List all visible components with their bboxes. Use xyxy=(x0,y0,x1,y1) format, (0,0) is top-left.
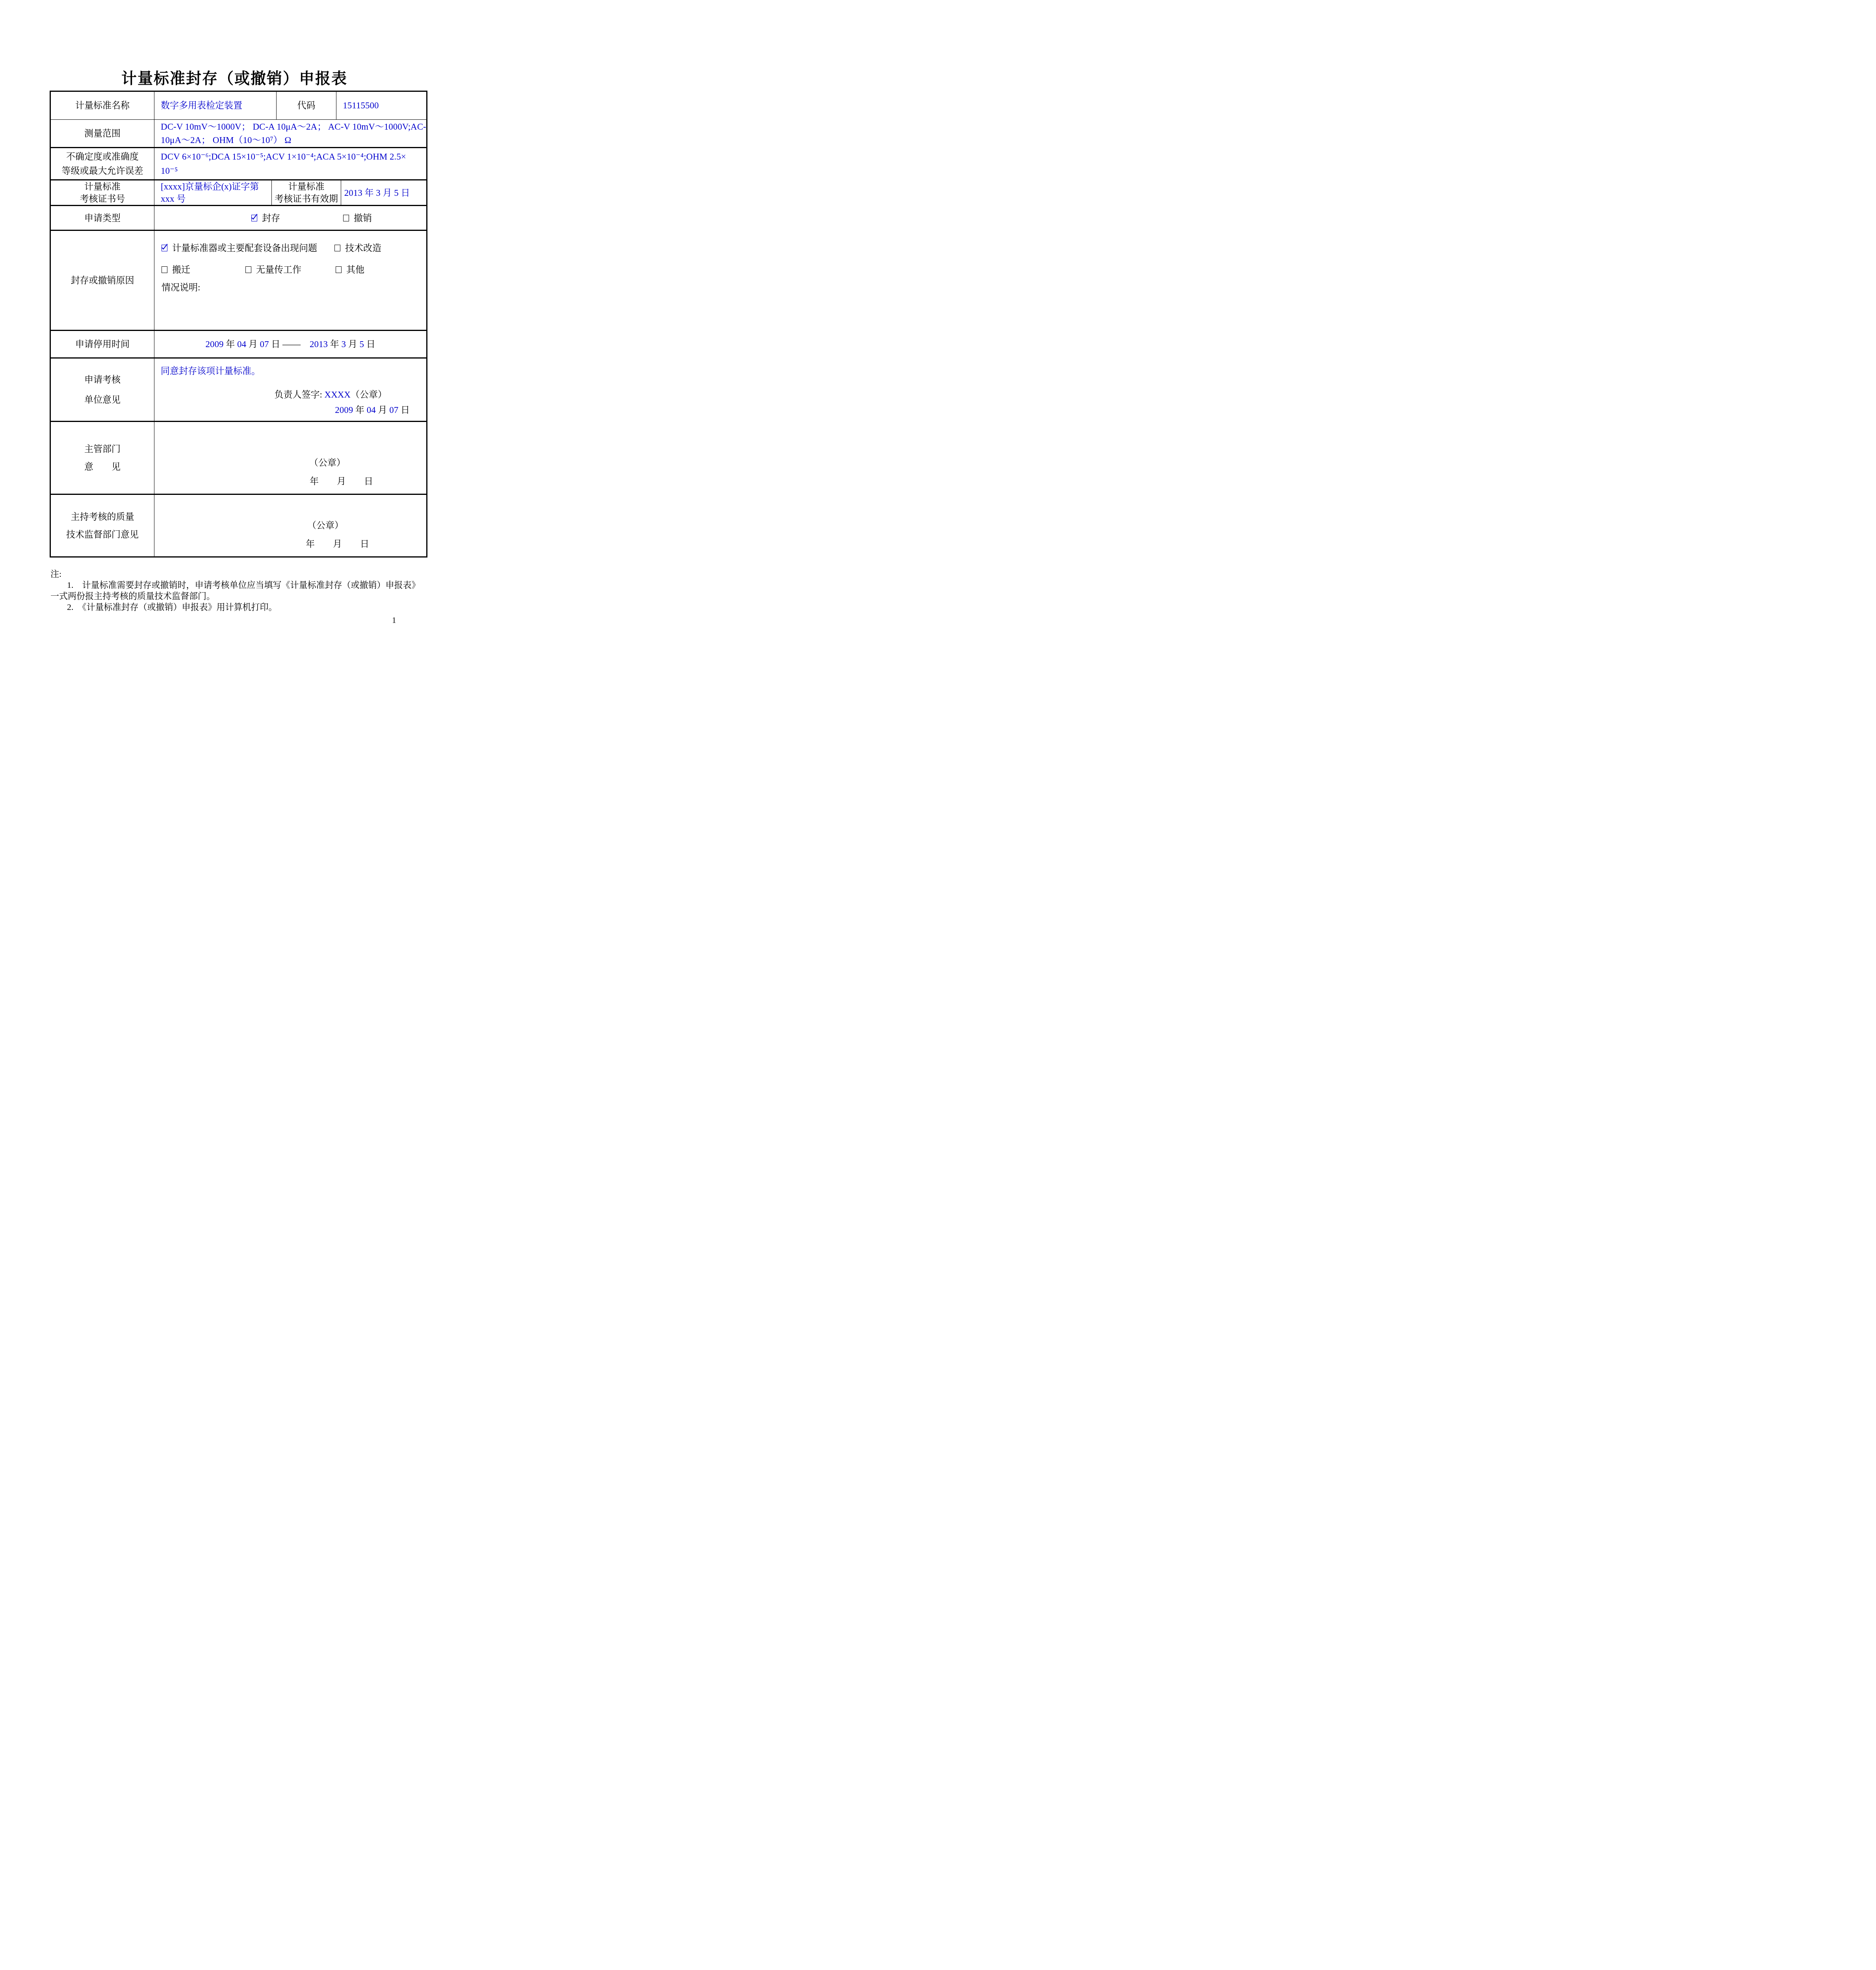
row-department-opinion: 主管部门 意 见 （公章） 年 月 日 xyxy=(51,421,426,494)
measuring-range-value: DC-V 10mV～1000V； DC-A 10μA～2A； AC-V 10mV… xyxy=(154,120,426,147)
seal-checkbox[interactable] xyxy=(251,215,257,221)
situation-note-label: 情况说明: xyxy=(162,281,200,294)
applicant-opinion-content: 同意封存该项计量标准。 负责人签字: XXXX（公章） 2009 年 04 月 … xyxy=(154,359,426,421)
certificate-number-label: 计量标准 考核证书号 xyxy=(51,180,154,205)
applicant-opinion-comment: 同意封存该项计量标准。 xyxy=(161,365,260,377)
row-supervision-opinion: 主持考核的质量 技术监督部门意见 （公章） 年 月 日 xyxy=(51,494,426,556)
row-measuring-range: 测量范围 DC-V 10mV～1000V； DC-A 10μA～2A； AC-V… xyxy=(51,119,426,147)
department-opinion-label: 主管部门 意 见 xyxy=(51,422,154,494)
responsible-signature-line: 负责人签字: XXXX（公章） xyxy=(274,388,387,401)
applicant-opinion-label: 申请考核 单位意见 xyxy=(51,359,154,421)
reason-label: 封存或撤销原因 xyxy=(51,231,154,330)
note-item-1: 1. 计量标准需要封存或撤销时，申请考核单位应当填写《计量标准封存（或撤销）申报… xyxy=(50,580,425,602)
uncertainty-line1: DCV 6×10⁻⁶;DCA 15×10⁻⁵;ACV 1×10⁻⁴;ACA 5×… xyxy=(161,151,406,163)
uncertainty-value: DCV 6×10⁻⁶;DCA 15×10⁻⁵;ACV 1×10⁻⁴;ACA 5×… xyxy=(154,148,426,179)
application-type-options: 封存 撤销 xyxy=(154,206,426,230)
reason-options: 计量标准器或主要配套设备出现问题 技术改造 搬迁 无量传工作 其他 情况说明: xyxy=(154,231,426,330)
supervision-opinion-label: 主持考核的质量 技术监督部门意见 xyxy=(51,495,154,556)
row-certificate: 计量标准 考核证书号 [xxxx]京量标企(x)证字第 xxx 号 计量标准 考… xyxy=(51,179,426,205)
page-title: 计量标准封存（或撤销）申报表 xyxy=(0,66,469,88)
code-value: 15115500 xyxy=(336,92,426,119)
relocation-checkbox[interactable] xyxy=(162,266,167,273)
stop-time-range: 2009 年 04 月 07 日 —— 2013 年 3 月 5 日 xyxy=(205,338,375,350)
page-number: 1 xyxy=(392,615,396,625)
equipment-problem-checkbox[interactable] xyxy=(162,245,167,251)
declaration-form-table: 计量标准名称 数字多用表检定装置 代码 15115500 测量范围 DC-V 1… xyxy=(50,91,427,558)
uncertainty-label: 不确定度或准确度 等级或最大允许误差 xyxy=(51,148,154,179)
row-applicant-opinion: 申请考核 单位意见 同意封存该项计量标准。 负责人签字: XXXX（公章） 20… xyxy=(51,357,426,421)
relocation-label: 搬迁 xyxy=(172,264,190,276)
other-checkbox[interactable] xyxy=(336,266,342,273)
row-standard-name: 计量标准名称 数字多用表检定装置 代码 15115500 xyxy=(51,92,426,119)
supervision-opinion-content: （公章） 年 月 日 xyxy=(154,495,426,556)
measuring-range-line2: 10μA～2A； OHM（10～10⁷） Ω xyxy=(161,134,291,146)
row-uncertainty: 不确定度或准确度 等级或最大允许误差 DCV 6×10⁻⁶;DCA 15×10⁻… xyxy=(51,147,426,179)
row-reason: 封存或撤销原因 计量标准器或主要配套设备出现问题 技术改造 搬迁 无量传工作 其… xyxy=(51,230,426,330)
applicant-opinion-date: 2009 年 04 月 07 日 xyxy=(335,404,410,416)
technical-upgrade-checkbox[interactable] xyxy=(334,245,340,251)
application-type-label: 申请类型 xyxy=(51,206,154,230)
row-application-type: 申请类型 封存 撤销 xyxy=(51,205,426,230)
measuring-range-line1: DC-V 10mV～1000V； DC-A 10μA～2A； AC-V 10mV… xyxy=(161,121,426,133)
standard-name-label: 计量标准名称 xyxy=(51,92,154,119)
stop-time-value: 2009 年 04 月 07 日 —— 2013 年 3 月 5 日 xyxy=(154,331,426,357)
certificate-validity-value: 2013 年 3 月 5 日 xyxy=(341,180,426,205)
supervision-date-placeholder: 年 月 日 xyxy=(306,538,369,550)
supervision-seal-placeholder: （公章） xyxy=(307,519,344,532)
department-date-placeholder: 年 月 日 xyxy=(310,475,373,487)
department-opinion-content: （公章） 年 月 日 xyxy=(154,422,426,494)
no-transfer-work-checkbox[interactable] xyxy=(245,266,251,273)
reason-line-1: 计量标准器或主要配套设备出现问题 技术改造 xyxy=(162,242,381,254)
stop-time-label: 申请停用时间 xyxy=(51,331,154,357)
row-stop-time: 申请停用时间 2009 年 04 月 07 日 —— 2013 年 3 月 5 … xyxy=(51,330,426,357)
footnotes: 注: 1. 计量标准需要封存或撤销时，申请考核单位应当填写《计量标准封存（或撤销… xyxy=(50,569,425,613)
revoke-option-label: 撤销 xyxy=(354,212,372,224)
certificate-validity-label: 计量标准 考核证书有效期 xyxy=(271,180,340,205)
uncertainty-line2: 10⁻⁵ xyxy=(161,165,178,177)
certificate-number-value: [xxxx]京量标企(x)证字第 xxx 号 xyxy=(154,180,271,205)
technical-upgrade-label: 技术改造 xyxy=(345,242,381,254)
revoke-checkbox[interactable] xyxy=(343,215,349,221)
notes-heading: 注: xyxy=(50,569,425,580)
department-seal-placeholder: （公章） xyxy=(309,457,345,469)
equipment-problem-label: 计量标准器或主要配套设备出现问题 xyxy=(172,242,317,254)
note-item-2: 2. 《计量标准封存（或撤销）申报表》用计算机打印。 xyxy=(50,602,425,613)
seal-option-label: 封存 xyxy=(262,212,280,224)
document-page: 计量标准封存（或撤销）申报表 计量标准名称 数字多用表检定装置 代码 15115… xyxy=(0,0,469,663)
reason-line-2: 搬迁 无量传工作 其他 xyxy=(162,264,364,276)
standard-name-value: 数字多用表检定装置 xyxy=(154,92,276,119)
no-transfer-work-label: 无量传工作 xyxy=(256,264,301,276)
measuring-range-label: 测量范围 xyxy=(51,120,154,147)
other-label: 其他 xyxy=(346,264,364,276)
code-label: 代码 xyxy=(276,92,336,119)
